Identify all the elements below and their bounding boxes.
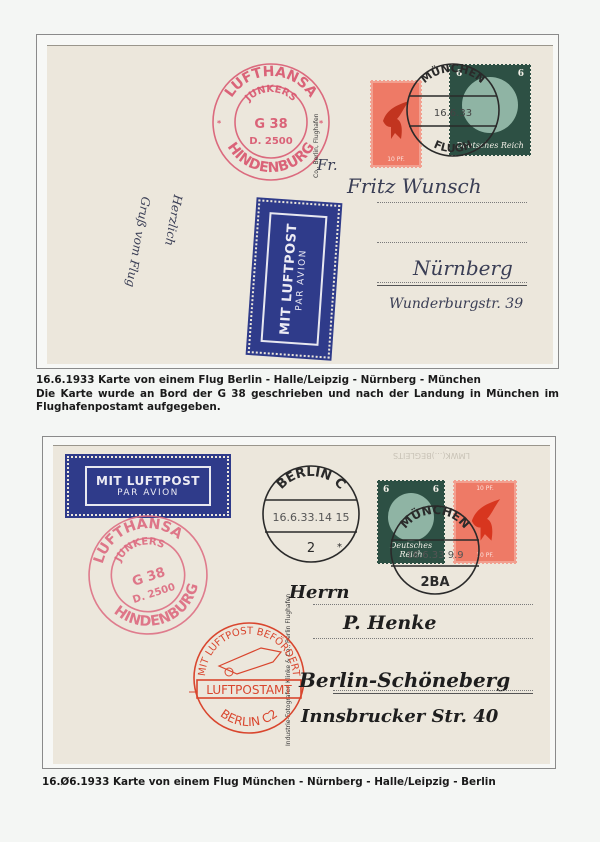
address-city: Berlin-Schöneberg bbox=[299, 668, 510, 692]
caption-2-title: 16.Ø6.1933 Karte von einem Flug München … bbox=[42, 776, 562, 790]
svg-text:16.6.33 9.9: 16.6.33 9.9 bbox=[406, 550, 463, 561]
svg-text:MÜNCHEN: MÜNCHEN bbox=[397, 503, 472, 531]
caption-1: 16.6.1933 Karte von einem Flug Berlin - … bbox=[36, 374, 559, 415]
address-name: Fritz Wunsch bbox=[347, 174, 482, 198]
svg-text:FLUGH: FLUGH bbox=[432, 138, 474, 155]
address-line bbox=[377, 242, 527, 243]
address-street: Wunderburgstr. 39 bbox=[389, 296, 523, 312]
svg-text:D. 2500: D. 2500 bbox=[249, 136, 292, 147]
airmail-label: MIT LUFTPOST PAR AVION bbox=[248, 199, 341, 358]
muenchen-postmark: MÜNCHEN 16.6.33 9.9 2BA bbox=[385, 502, 485, 598]
svg-text:2: 2 bbox=[307, 541, 315, 556]
address-line bbox=[377, 282, 527, 283]
muenchen-postmark: MÜNCHEN FLUGH 16.6.33 bbox=[399, 60, 507, 160]
svg-text:BERLIN C2: BERLIN C2 bbox=[218, 707, 280, 730]
postcard-2: LMWK(...)BEGLEITS MIT LUFTPOST PAR AVION… bbox=[53, 445, 550, 764]
svg-text:2BA: 2BA bbox=[420, 575, 449, 590]
handwritten-message-1: Gruß vom Flug bbox=[123, 196, 153, 289]
address-line bbox=[333, 690, 533, 691]
svg-text:16.6.33: 16.6.33 bbox=[434, 108, 472, 119]
caption-2: 16.Ø6.1933 Karte von einem Flug München … bbox=[42, 776, 562, 790]
luftpostamt-berlin-cachet: MIT LUFTPOST BEFÖRDERT LUFTPOSTAMT BERLI… bbox=[189, 618, 309, 738]
svg-text:JUNKERS: JUNKERS bbox=[243, 84, 299, 105]
address-underline bbox=[333, 693, 533, 694]
svg-text:G 38: G 38 bbox=[254, 117, 287, 132]
address-line bbox=[313, 638, 533, 639]
postcard-1: LUFTHANSA HINDENBURG JUNKERS G 38 D. 250… bbox=[47, 45, 553, 364]
address-city: Nürnberg bbox=[413, 256, 513, 280]
caption-1-title: 16.6.1933 Karte von einem Flug Berlin - … bbox=[36, 374, 559, 388]
caption-1-description: Die Karte wurde an Bord der G 38 geschri… bbox=[36, 388, 559, 415]
address-street: Innsbrucker Str. 40 bbox=[301, 706, 498, 727]
svg-text:MÜNCHEN: MÜNCHEN bbox=[418, 62, 488, 86]
airmail-label: MIT LUFTPOST PAR AVION bbox=[67, 456, 229, 516]
berlin-postmark: BERLIN C 16.6.33.14 15 2 * bbox=[259, 462, 363, 566]
address-underline bbox=[377, 285, 527, 286]
address-name: P. Henke bbox=[343, 612, 436, 634]
address-line bbox=[377, 202, 527, 203]
address-prefix: Fr. bbox=[317, 156, 338, 174]
svg-text:LUFTPOSTAMT: LUFTPOSTAMT bbox=[206, 683, 292, 697]
album-frame-1: LUFTHANSA HINDENBURG JUNKERS G 38 D. 250… bbox=[36, 34, 559, 369]
svg-text:*: * bbox=[337, 542, 342, 553]
album-frame-2: LMWK(...)BEGLEITS MIT LUFTPOST PAR AVION… bbox=[42, 436, 556, 769]
handwritten-message-2: Herzlich bbox=[162, 194, 185, 247]
card-header-print: LMWK(...)BEGLEITS bbox=[393, 451, 470, 460]
svg-text:BERLIN C: BERLIN C bbox=[274, 465, 348, 493]
address-prefix: Herrn bbox=[289, 582, 350, 603]
address-line bbox=[313, 604, 533, 605]
svg-text:*: * bbox=[217, 119, 222, 128]
svg-text:16.6.33.14 15: 16.6.33.14 15 bbox=[273, 511, 350, 524]
svg-text:LUFTHANSA: LUFTHANSA bbox=[222, 64, 320, 101]
